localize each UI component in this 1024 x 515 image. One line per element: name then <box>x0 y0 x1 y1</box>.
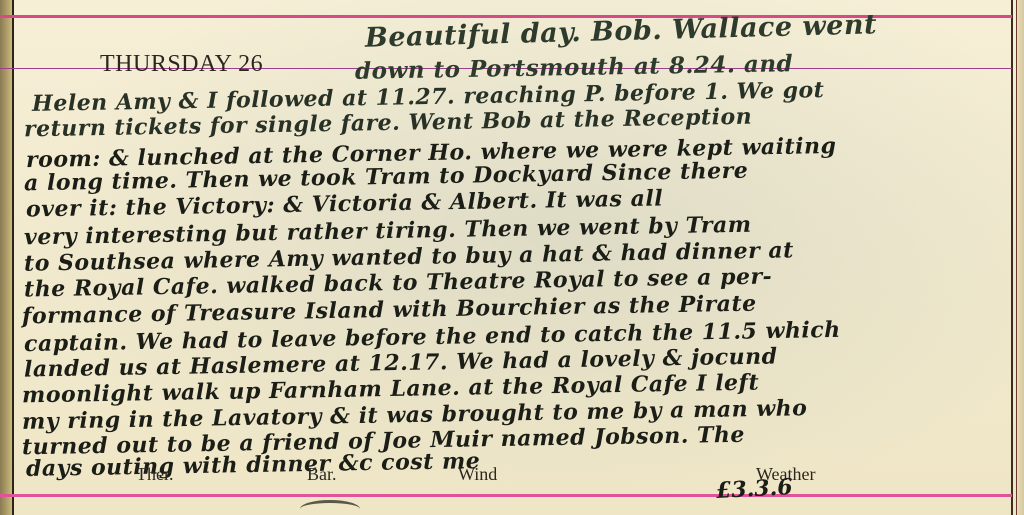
next-entry-ink-fragment <box>300 500 360 515</box>
diary-page: THURSDAY 26 Beautiful day. Bob. Wallace … <box>0 0 1024 515</box>
bar-label: Bar. <box>307 464 337 485</box>
handwritten-entry: Beautiful day. Bob. Wallace went down to… <box>0 0 1024 515</box>
wind-label: Wind <box>458 464 497 485</box>
cost-amount: £3.3.6 <box>715 474 793 504</box>
ther-label: Ther. <box>136 464 174 485</box>
entry-line: Beautiful day. Bob. Wallace went <box>365 9 878 53</box>
